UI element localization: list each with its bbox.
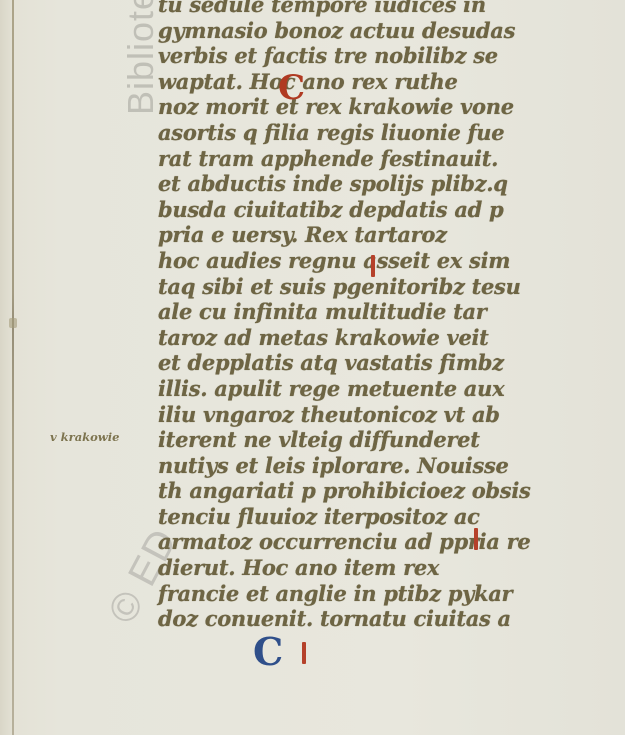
text-line: dierut. Hoc ano item rex [158,555,588,581]
text-line: rat tram apphende festinauit. [158,146,588,172]
text-line: ale cu infinita multitudie tar [158,299,588,325]
manuscript-page: Bibliote © ED v krakowie tu sedule tempo… [0,0,625,735]
text-column: tu sedule tempore iudices in gymnasio bo… [158,0,588,632]
text-line: tenciu fluuioz iterpositoz ac [158,504,588,530]
text-line: taroz ad metas krakowie veit [158,325,588,351]
text-line: nutiys et leis iplorare. Nouisse [158,453,588,479]
rubric-mark [474,528,478,550]
text-line: iterent ne vlteig diffunderet [158,427,588,453]
text-line: francie et anglie in ptibz pykar [158,581,588,607]
rubric-mark [371,255,375,277]
text-line: et abductis inde spolijs plibz.q [158,171,588,197]
text-line: tu sedule tempore iudices in [158,0,588,18]
margin-note: v krakowie [50,430,119,444]
red-initial: C [278,71,305,105]
text-line: et depplatis atq vastatis fimbz [158,350,588,376]
watermark-biblioteca: Bibliote [120,0,162,115]
rubric-mark [302,642,306,664]
text-line: illis. apulit rege metuente aux [158,376,588,402]
text-line: pria e uersy. Rex tartaroz [158,222,588,248]
gutter-fold-line [12,0,14,735]
gutter-notch [9,318,17,328]
text-line: waptat. Hoc ano rex ruthe [158,69,588,95]
text-line: gymnasio bonoz actuu desudas [158,18,588,44]
text-line: asortis q filia regis liuonie fue [158,120,588,146]
text-line: iliu vngaroz theutonicoz vt ab [158,402,588,428]
blue-initial: C [253,633,283,671]
text-line: th angariati p prohibicioez obsis [158,478,588,504]
text-line: noz morit et rex krakowie vone [158,94,588,120]
text-line: taq sibi et suis pgenitoribz tesu [158,274,588,300]
text-line: verbis et factis tre nobilibz se [158,43,588,69]
text-line: doz conuenit. tornatu ciuitas a [158,606,588,632]
text-line: busda ciuitatibz depdatis ad p [158,197,588,223]
text-line: armatoz occurrenciu ad ppria re [158,529,588,555]
